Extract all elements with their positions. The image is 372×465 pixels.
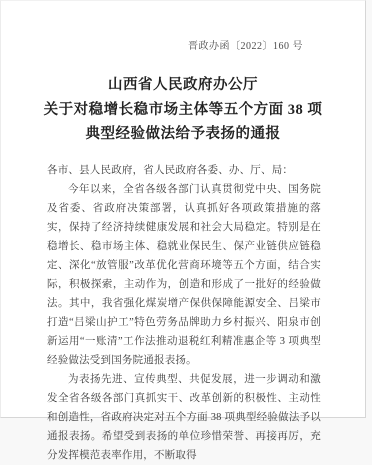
body-paragraph: 为表扬先进、宣传典型、共促发展，进一步调动和激发全省各级各部门真抓实干、改革创新…	[47, 370, 321, 427]
salutation-line: 各市、县人民政府，省人民政府各委、办、厅、局：	[47, 161, 321, 180]
doc-title-line-3: 典型经验做法给予表扬的通报	[1, 122, 365, 147]
doc-title-line-1: 山西省人民政府办公厅	[1, 73, 365, 98]
document-page: 晋政办函〔2022〕160 号 山西省人民政府办公厅 关于对稳增长稳市场主体等五…	[0, 0, 366, 418]
doc-title: 山西省人民政府办公厅 关于对稳增长稳市场主体等五个方面 38 项 典型经验做法给…	[1, 73, 365, 147]
doc-body: 各市、县人民政府，省人民政府各委、办、厅、局： 今年以来，全省各级各部门认真贯彻…	[47, 161, 321, 427]
body-paragraph: 今年以来，全省各级各部门认真贯彻党中央、国务院及省委、省政府决策部署，认真抓好各…	[47, 180, 321, 370]
doc-number: 晋政办函〔2022〕160 号	[1, 37, 365, 52]
doc-title-line-2: 关于对稳增长稳市场主体等五个方面 38 项	[1, 98, 365, 123]
